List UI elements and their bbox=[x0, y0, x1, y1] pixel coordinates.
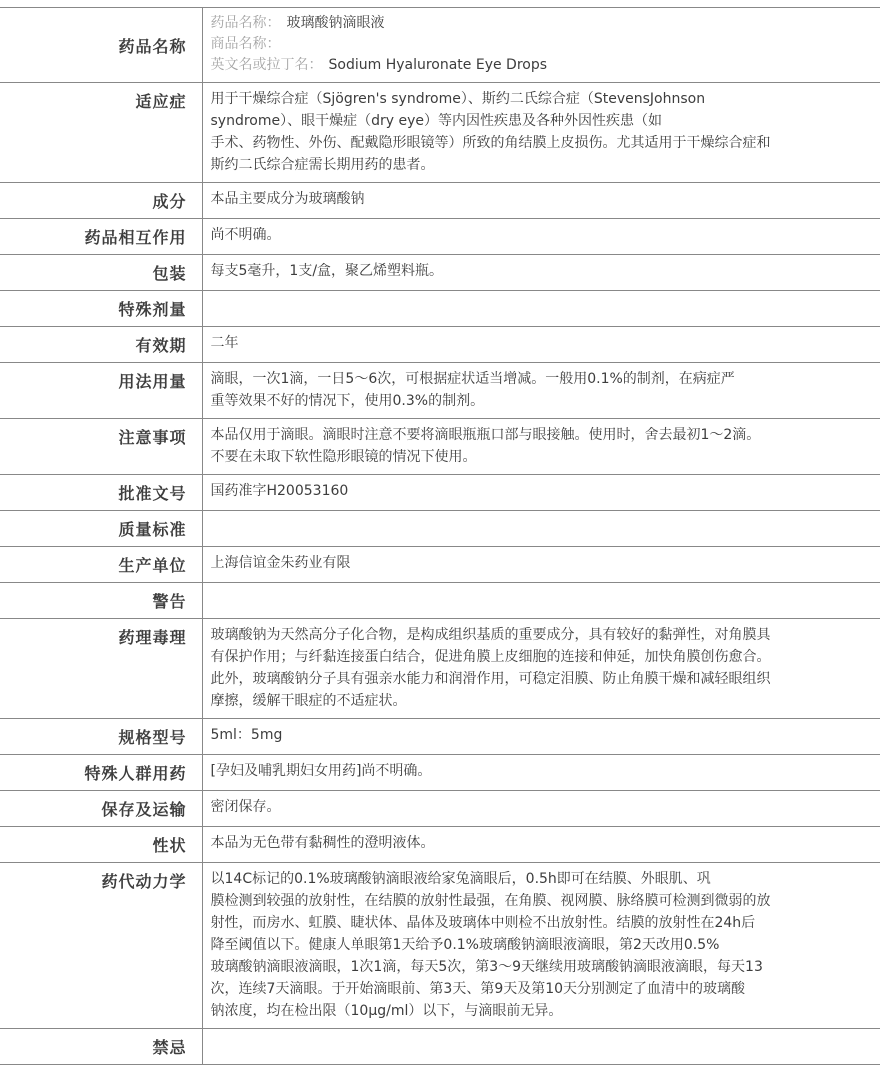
row-label: 保存及运输 bbox=[0, 791, 202, 827]
row-content: 玻璃酸钠为天然高分子化合物，是构成组织基质的重要成分，具有较好的黏弹性，对角膜具… bbox=[202, 619, 880, 719]
row-content: 每支5毫升，1支/盒，聚乙烯塑料瓶。 bbox=[202, 255, 880, 291]
name-value-line: 药品名称：玻璃酸钠滴眼液 bbox=[211, 13, 871, 34]
row-label: 药品名称 bbox=[0, 8, 202, 83]
row-label: 适应症 bbox=[0, 83, 202, 183]
table-row: 药理毒理 玻璃酸钠为天然高分子化合物，是构成组织基质的重要成分，具有较好的黏弹性… bbox=[0, 619, 880, 719]
row-label: 特殊剂量 bbox=[0, 291, 202, 327]
drug-information-table: 药品名称 药品名称：玻璃酸钠滴眼液商品名称：英文名或拉丁名：Sodium Hya… bbox=[0, 7, 880, 1065]
table-body: 药品名称 药品名称：玻璃酸钠滴眼液商品名称：英文名或拉丁名：Sodium Hya… bbox=[0, 8, 880, 1065]
row-content: 5ml：5mg bbox=[202, 719, 880, 755]
row-label: 药品相互作用 bbox=[0, 219, 202, 255]
field-value: 玻璃酸钠滴眼液 bbox=[287, 15, 385, 31]
row-content: [孕妇及哺乳期妇女用药]尚不明确。 bbox=[202, 755, 880, 791]
row-label: 注意事项 bbox=[0, 419, 202, 475]
row-content bbox=[202, 511, 880, 547]
table-row: 质量标准 bbox=[0, 511, 880, 547]
row-content: 尚不明确。 bbox=[202, 219, 880, 255]
row-content: 本品为无色带有黏稠性的澄明液体。 bbox=[202, 827, 880, 863]
name-value-line: 英文名或拉丁名：Sodium Hyaluronate Eye Drops bbox=[211, 55, 871, 76]
row-label: 特殊人群用药 bbox=[0, 755, 202, 791]
field-label: 英文名或拉丁名： bbox=[211, 57, 323, 73]
table-row: 性状 本品为无色带有黏稠性的澄明液体。 bbox=[0, 827, 880, 863]
row-label: 性状 bbox=[0, 827, 202, 863]
row-content: 以14C标记的0.1%玻璃酸钠滴眼液给家兔滴眼后，0.5h即可在结膜、外眼肌、巩… bbox=[202, 863, 880, 1029]
row-content: 二年 bbox=[202, 327, 880, 363]
row-label: 有效期 bbox=[0, 327, 202, 363]
row-content: 密闭保存。 bbox=[202, 791, 880, 827]
table-row: 特殊剂量 bbox=[0, 291, 880, 327]
field-label: 药品名称： bbox=[211, 15, 281, 31]
table-row: 批准文号 国药准字H20053160 bbox=[0, 475, 880, 511]
row-label: 包装 bbox=[0, 255, 202, 291]
field-value: Sodium Hyaluronate Eye Drops bbox=[329, 57, 548, 73]
row-label: 药理毒理 bbox=[0, 619, 202, 719]
table-row: 用法用量 滴眼，一次1滴，一日5～6次，可根据症状适当增减。一般用0.1%的制剂… bbox=[0, 363, 880, 419]
row-label: 批准文号 bbox=[0, 475, 202, 511]
row-content bbox=[202, 1029, 880, 1065]
field-label: 商品名称： bbox=[211, 36, 281, 52]
table-row: 规格型号 5ml：5mg bbox=[0, 719, 880, 755]
table-row: 注意事项 本品仅用于滴眼。滴眼时注意不要将滴眼瓶瓶口部与眼接触。使用时，舍去最初… bbox=[0, 419, 880, 475]
table-row: 有效期 二年 bbox=[0, 327, 880, 363]
row-content: 药品名称：玻璃酸钠滴眼液商品名称：英文名或拉丁名：Sodium Hyaluron… bbox=[202, 8, 880, 83]
row-content: 用于干燥综合症（Sjögren's syndrome）、斯约二氏综合症（Stev… bbox=[202, 83, 880, 183]
row-label: 成分 bbox=[0, 183, 202, 219]
table-row: 禁忌 bbox=[0, 1029, 880, 1065]
table-row: 适应症 用于干燥综合症（Sjögren's syndrome）、斯约二氏综合症（… bbox=[0, 83, 880, 183]
row-label: 质量标准 bbox=[0, 511, 202, 547]
row-content bbox=[202, 291, 880, 327]
row-content: 国药准字H20053160 bbox=[202, 475, 880, 511]
page: 药品名称 药品名称：玻璃酸钠滴眼液商品名称：英文名或拉丁名：Sodium Hya… bbox=[0, 0, 880, 1090]
row-content: 本品仅用于滴眼。滴眼时注意不要将滴眼瓶瓶口部与眼接触。使用时，舍去最初1～2滴。… bbox=[202, 419, 880, 475]
row-label: 规格型号 bbox=[0, 719, 202, 755]
row-label: 药代动力学 bbox=[0, 863, 202, 1029]
row-content: 滴眼，一次1滴，一日5～6次，可根据症状适当增减。一般用0.1%的制剂，在病症严… bbox=[202, 363, 880, 419]
table-row: 生产单位 上海信谊金朱药业有限 bbox=[0, 547, 880, 583]
table-row: 药代动力学 以14C标记的0.1%玻璃酸钠滴眼液给家兔滴眼后，0.5h即可在结膜… bbox=[0, 863, 880, 1029]
row-content: 本品主要成分为玻璃酸钠 bbox=[202, 183, 880, 219]
row-label: 警告 bbox=[0, 583, 202, 619]
row-label: 生产单位 bbox=[0, 547, 202, 583]
table-row: 警告 bbox=[0, 583, 880, 619]
row-content bbox=[202, 583, 880, 619]
row-label: 用法用量 bbox=[0, 363, 202, 419]
table-row: 特殊人群用药 [孕妇及哺乳期妇女用药]尚不明确。 bbox=[0, 755, 880, 791]
table-row: 药品名称 药品名称：玻璃酸钠滴眼液商品名称：英文名或拉丁名：Sodium Hya… bbox=[0, 8, 880, 83]
table-row: 药品相互作用 尚不明确。 bbox=[0, 219, 880, 255]
table-row: 成分 本品主要成分为玻璃酸钠 bbox=[0, 183, 880, 219]
table-row: 包装 每支5毫升，1支/盒，聚乙烯塑料瓶。 bbox=[0, 255, 880, 291]
row-label: 禁忌 bbox=[0, 1029, 202, 1065]
name-value-line: 商品名称： bbox=[211, 34, 871, 55]
table-row: 保存及运输 密闭保存。 bbox=[0, 791, 880, 827]
row-content: 上海信谊金朱药业有限 bbox=[202, 547, 880, 583]
